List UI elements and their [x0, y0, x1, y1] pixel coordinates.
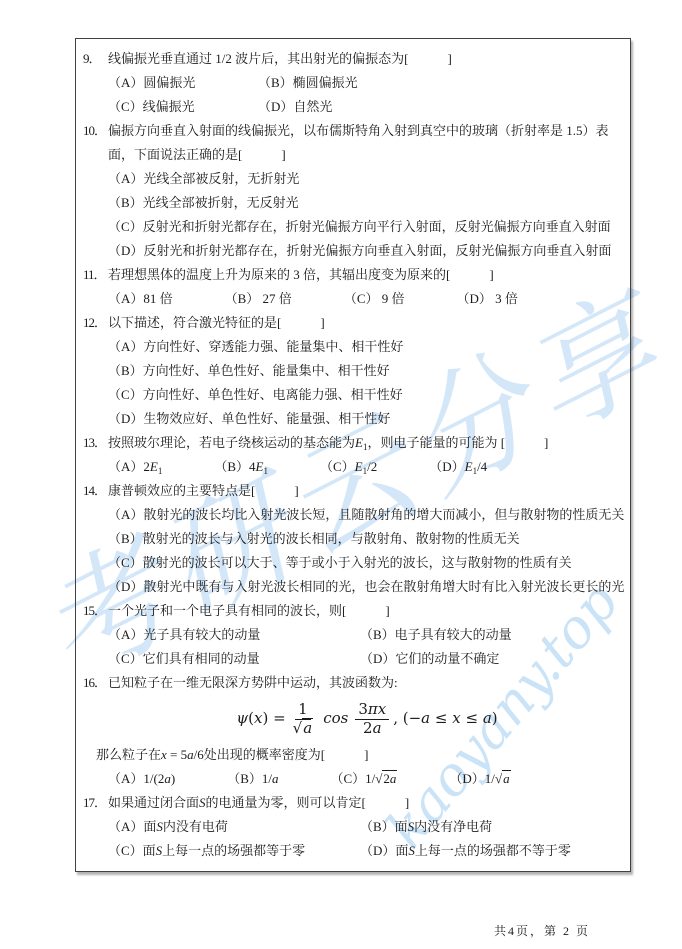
question-15: 15．一个光子和一个电子具有相同的波长，则[ ]（A）光子具有较大的动量（B）电…: [83, 599, 626, 671]
document-page: 考研云分享 kaoyany.top 9．线偏振光垂直通过 1/2 波片后，其出射…: [0, 0, 682, 949]
option-D: （D）反射光和折射光都存在，折射光偏振方向垂直入射面，反射光偏振方向垂直入射面: [108, 239, 626, 263]
question-number: 16．: [83, 671, 108, 695]
options: （A）81 倍（B） 27 倍（C） 9 倍（D） 3 倍: [108, 287, 626, 311]
question-number: 12．: [83, 311, 108, 335]
options: （A）散射光的波长均比入射光波长短，且随散射角的增大而减小，但与散射物的性质无关…: [108, 503, 626, 599]
question-number: 14．: [83, 479, 108, 503]
options: （A）2E1（B）4E1（C）E1/2（D）E1/4: [108, 455, 626, 479]
options: （A）面S内没有电荷（B）面S内没有净电荷（C）面S上每一点的场强都等于零（D）…: [108, 815, 626, 863]
option-A: （A）方向性好、穿透能力强、能量集中、相干性好: [108, 335, 626, 359]
wave-function-formula: ψ(x) =1√acos3πx2a, (−a ≤ x ≤ a): [108, 695, 626, 743]
option-D: （D）1/√a: [449, 767, 510, 791]
option-B: （B） 27 倍: [225, 287, 292, 311]
option-B: （B）电子具有较大的动量: [360, 623, 626, 647]
option-D: （D） 3 倍: [456, 287, 517, 311]
option-C: （C）反射光和折射光都存在，折射光偏振方向平行入射面，反射光偏振方向垂直入射面: [108, 215, 626, 239]
question-stem: 11．若理想黑体的温度上升为原来的 3 倍，其辐出度变为原来的[ ]: [108, 263, 626, 287]
option-D: （D）它们的动量不确定: [360, 647, 626, 671]
question-number: 15．: [83, 599, 108, 623]
options: （A）光线全部被反射，无折射光（B）光线全部被折射，无反射光（C）反射光和折射光…: [108, 167, 626, 263]
question-number: 17．: [83, 791, 108, 815]
option-A: （A）1/(2a): [108, 767, 175, 791]
option-A: （A）光子具有较大的动量: [108, 623, 360, 647]
question-stem: 13．按照玻尔理论，若电子绕核运动的基态能为E1，则电子能量的可能为 [ ]: [108, 431, 626, 455]
question-stem: 那么粒子在x = 5a/6处出现的概率密度为[ ]: [96, 743, 626, 767]
option-B: （B）面S内没有净电荷: [360, 815, 626, 839]
option-C: （C）散射光的波长可以大于、等于或小于入射光的波长，这与散射物的性质有关: [108, 551, 626, 575]
option-A: （A）81 倍: [108, 287, 173, 311]
option-D: （D）生物效应好、单色性好、能量强、相干性好: [108, 407, 626, 431]
option-A: （A）面S内没有电荷: [108, 815, 360, 839]
question-number: 10．: [83, 119, 108, 143]
option-B: （B）方向性好、单色性好、能量集中、相干性好: [108, 359, 626, 383]
question-stem: 17．如果通过闭合面S的电通量为零，则可以肯定[ ]: [108, 791, 626, 815]
question-stem: 10．偏振方向垂直入射面的线偏振光，以布儒斯特角入射到真空中的玻璃（折射率是 1…: [108, 119, 626, 143]
question-13: 13．按照玻尔理论，若电子绕核运动的基态能为E1，则电子能量的可能为 [ ]（A…: [83, 431, 626, 479]
option-B: （B）散射光的波长与入射光的波长相同，与散射角、散射物的性质无关: [108, 527, 626, 551]
question-10: 10．偏振方向垂直入射面的线偏振光，以布儒斯特角入射到真空中的玻璃（折射率是 1…: [83, 119, 626, 263]
question-stem: 16．已知粒子在一维无限深方势阱中运动，其波函数为:: [108, 671, 626, 695]
page-footer: 共4页，第 2 页: [494, 922, 590, 939]
option-D: （D）E1/4: [429, 455, 487, 479]
exam-border-box: 9．线偏振光垂直通过 1/2 波片后，其出射光的偏振态为[ ]（A）圆偏振光（B…: [75, 38, 631, 872]
option-A: （A）2E1: [108, 455, 162, 479]
question-list: 9．线偏振光垂直通过 1/2 波片后，其出射光的偏振态为[ ]（A）圆偏振光（B…: [83, 47, 626, 863]
question-stem: 面，下面说法正确的是[ ]: [108, 143, 626, 167]
options: （A）圆偏振光（B）椭圆偏振光（C）线偏振光（D）自然光: [108, 71, 626, 119]
options: （A）方向性好、穿透能力强、能量集中、相干性好（B）方向性好、单色性好、能量集中…: [108, 335, 626, 431]
option-D: （D）散射光中既有与入射光波长相同的光，也会在散射角增大时有比入射光波长更长的光: [108, 575, 626, 599]
option-A: （A）光线全部被反射，无折射光: [108, 167, 626, 191]
question-16: 16．已知粒子在一维无限深方势阱中运动，其波函数为:ψ(x) =1√acos3π…: [83, 671, 626, 791]
option-C: （C）它们具有相同的动量: [108, 647, 360, 671]
question-number: 13．: [83, 431, 108, 455]
option-D: （D）自然光: [258, 95, 626, 119]
option-B: （B）1/a: [227, 767, 278, 791]
option-C: （C）方向性好、单色性好、电离能力强、相干性好: [108, 383, 626, 407]
question-number: 9．: [83, 47, 108, 71]
question-9: 9．线偏振光垂直通过 1/2 波片后，其出射光的偏振态为[ ]（A）圆偏振光（B…: [83, 47, 626, 119]
question-stem: 12．以下描述，符合激光特征的是[ ]: [108, 311, 626, 335]
question-stem: 15．一个光子和一个电子具有相同的波长，则[ ]: [108, 599, 626, 623]
option-B: （B）光线全部被折射，无反射光: [108, 191, 626, 215]
question-11: 11．若理想黑体的温度上升为原来的 3 倍，其辐出度变为原来的[ ]（A）81 …: [83, 263, 626, 311]
option-C: （C）E1/2: [320, 455, 377, 479]
option-B: （B）4E1: [214, 455, 268, 479]
option-A: （A）圆偏振光: [108, 71, 258, 95]
question-17: 17．如果通过闭合面S的电通量为零，则可以肯定[ ]（A）面S内没有电荷（B）面…: [83, 791, 626, 863]
option-C: （C）1/√2a: [330, 767, 397, 791]
question-12: 12．以下描述，符合激光特征的是[ ]（A）方向性好、穿透能力强、能量集中、相干…: [83, 311, 626, 431]
question-stem: 9．线偏振光垂直通过 1/2 波片后，其出射光的偏振态为[ ]: [108, 47, 626, 71]
question-stem: 14．康普顿效应的主要特点是[ ]: [108, 479, 626, 503]
option-C: （C） 9 倍: [344, 287, 405, 311]
options: （A）光子具有较大的动量（B）电子具有较大的动量（C）它们具有相同的动量（D）它…: [108, 623, 626, 671]
question-14: 14．康普顿效应的主要特点是[ ]（A）散射光的波长均比入射光波长短，且随散射角…: [83, 479, 626, 599]
options: （A）1/(2a)（B）1/a（C）1/√2a（D）1/√a: [108, 767, 626, 791]
option-C: （C）面S上每一点的场强都等于零: [108, 839, 360, 863]
question-number: 11．: [83, 263, 108, 287]
option-D: （D）面S上每一点的场强都不等于零: [360, 839, 626, 863]
option-A: （A）散射光的波长均比入射光波长短，且随散射角的增大而减小，但与散射物的性质无关: [108, 503, 626, 527]
option-C: （C）线偏振光: [108, 95, 258, 119]
option-B: （B）椭圆偏振光: [258, 71, 626, 95]
